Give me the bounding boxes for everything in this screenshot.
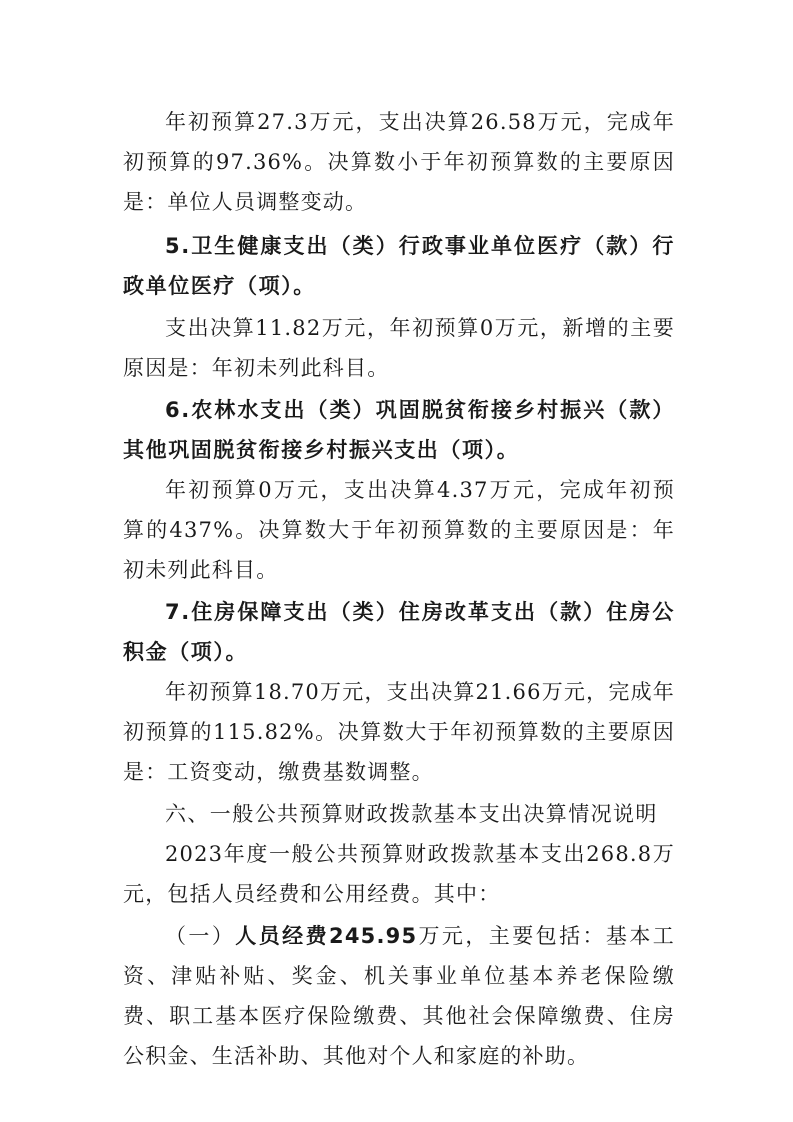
heading-item-7: 7.住房保障支出（类）住房改革支出（款）住房公积金（项）。 <box>123 592 675 672</box>
heading-item-6: 6.农林水支出（类）巩固脱贫衔接乡村振兴（款）其他巩固脱贫衔接乡村振兴支出（项）… <box>123 390 675 470</box>
paragraph-item4-budget: 年初预算27.3万元，支出决算26.58万元，完成年初预算的97.36%。决算数… <box>123 102 675 222</box>
paragraph-item7-budget: 年初预算18.70万元，支出决算21.66万元，完成年初预算的115.82%。决… <box>123 672 675 792</box>
paragraph-basic-expenditure: 2023年度一般公共预算财政拨款基本支出268.8万元，包括人员经费和公用经费。… <box>123 834 675 914</box>
personnel-expenses-amount: 人员经费245.95 <box>235 924 417 948</box>
document-body: 年初预算27.3万元，支出决算26.58万元，完成年初预算的97.36%。决算数… <box>123 102 675 1076</box>
list-marker: （一） <box>165 924 235 948</box>
paragraph-personnel-expenses: （一）人员经费245.95万元，主要包括：基本工资、津贴补贴、奖金、机关事业单位… <box>123 916 675 1076</box>
document-page: 年初预算27.3万元，支出决算26.58万元，完成年初预算的97.36%。决算数… <box>0 0 793 1122</box>
section-title-six: 六、一般公共预算财政拨款基本支出决算情况说明 <box>123 794 675 834</box>
heading-item-5: 5.卫生健康支出（类）行政事业单位医疗（款）行政单位医疗（项）。 <box>123 226 675 306</box>
paragraph-item6-budget: 年初预算0万元，支出决算4.37万元，完成年初预算的437%。决算数大于年初预算… <box>123 470 675 590</box>
paragraph-item5-budget: 支出决算11.82万元，年初预算0万元，新增的主要原因是：年初未列此科目。 <box>123 308 675 388</box>
